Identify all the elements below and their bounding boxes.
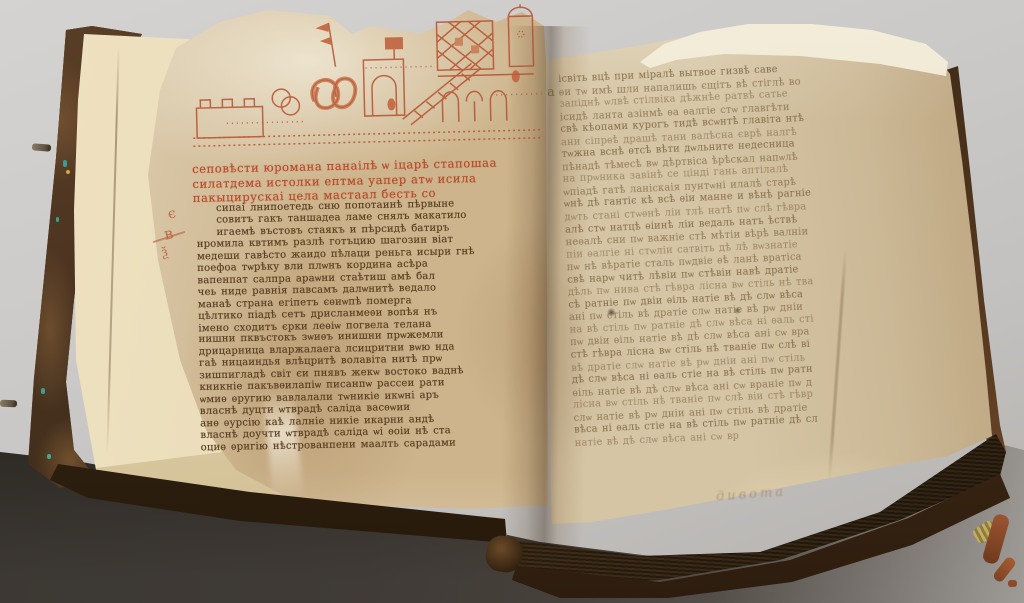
paint-fleck [63,160,67,167]
leather-tie-strap-tip [1008,580,1017,587]
margin-initial: а [546,85,555,101]
ornament-plaited-square [436,21,493,70]
ornament-colonnade [438,74,535,122]
right-page-text-block: ісвіть вцѣ при міралѣ вытвое гизвѣ савеѳ… [558,56,965,450]
paint-fleck [41,388,45,394]
ornament-left-compartment [196,89,300,139]
ornament-aedicule [363,37,405,116]
headpiece-ornament-drawing [184,4,550,171]
clasp-pin [32,143,51,151]
photo-open-manuscript: сеповѣсти юромана панаілѣ ѡ іцарѣ стапош… [0,0,1024,603]
paint-fleck [56,217,59,222]
paint-fleck [66,170,70,174]
ornament-right-tower [508,4,534,83]
ornament-mast-pennants [315,23,335,67]
paint-fleck [47,454,51,459]
left-page-text-block: сипаі лнипоетедь сню попотаинѣ пѣрвынесо… [196,196,553,454]
clasp-pin [0,400,17,408]
